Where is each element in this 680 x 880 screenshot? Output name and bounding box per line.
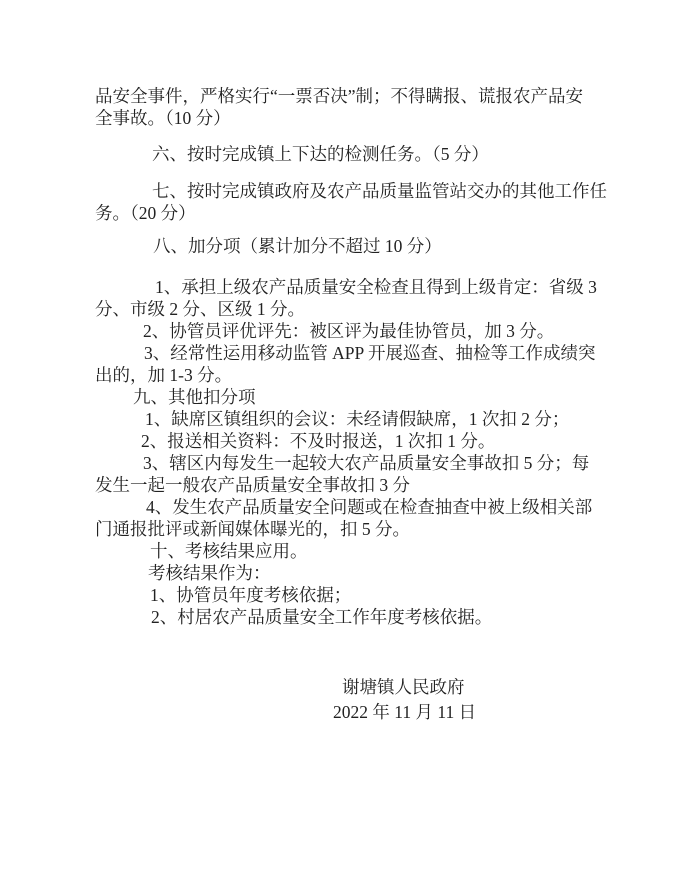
signature: 谢塘镇人民政府 <box>342 676 465 698</box>
document-page: 品安全事件，严格实行“一票否决”制；不得瞒报、谎报农产品安全事故。（10 分） … <box>0 0 680 880</box>
para-bonus-1: 1、承担上级农产品质量安全检查且得到上级肯定：省级 3分、市级 2 分、区级 1… <box>95 276 635 320</box>
para-result-1: 1、协管员年度考核依据； <box>95 584 635 606</box>
para-result-intro: 考核结果作为： <box>95 562 635 584</box>
para-continuation-item5: 品安全事件，严格实行“一票否决”制；不得瞒报、谎报农产品安全事故。（10 分） <box>95 85 635 129</box>
para-deduct-3: 3、辖区内每发生一起较大农产品质量安全事故扣 5 分；每发生一起一般农产品质量安… <box>95 452 635 496</box>
para-bonus-2: 2、协管员评优评先：被区评为最佳协管员，加 3 分。 <box>95 320 635 342</box>
para-item-6: 六、按时完成镇上下达的检测任务。（5 分） <box>95 143 635 165</box>
para-item-10-header: 十、考核结果应用。 <box>95 540 635 562</box>
para-deduct-1: 1、缺席区镇组织的会议：未经请假缺席，1 次扣 2 分； <box>95 408 635 430</box>
para-item-7: 七、按时完成镇政府及农产品质量监管站交办的其他工作任务。（20 分） <box>95 180 635 224</box>
para-bonus-3: 3、经常性运用移动监管 APP 开展巡查、抽检等工作成绩突出的，加 1-3 分。 <box>95 342 635 386</box>
date: 2022 年 11 月 11 日 <box>333 701 476 723</box>
para-item-8-header: 八、加分项（累计加分不超过 10 分） <box>95 235 635 257</box>
para-result-2: 2、村居农产品质量安全工作年度考核依据。 <box>95 606 635 628</box>
para-item-9-header: 九、其他扣分项 <box>95 386 635 408</box>
para-deduct-4: 4、发生农产品质量安全问题或在检查抽查中被上级相关部门通报批评或新闻媒体曝光的，… <box>95 496 635 540</box>
para-deduct-2: 2、报送相关资料：不及时报送，1 次扣 1 分。 <box>95 430 635 452</box>
document-body: 品安全事件，严格实行“一票否决”制；不得瞒报、谎报农产品安全事故。（10 分） … <box>95 85 635 628</box>
